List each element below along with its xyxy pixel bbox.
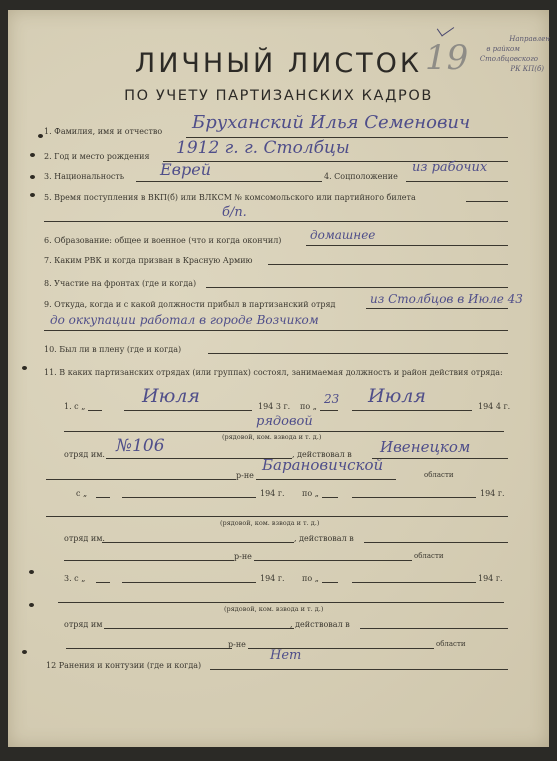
service-1-from-day-line bbox=[88, 410, 102, 411]
service-2-detachment-line bbox=[102, 542, 294, 543]
field-12-line bbox=[210, 669, 508, 670]
service-3-region-label: области bbox=[436, 640, 466, 648]
field-2-value[interactable]: 1912 г. г. Столбцы bbox=[176, 138, 350, 158]
service-3-acted-label: , действовал в bbox=[290, 620, 350, 629]
service-1-detachment-label: отряд им. bbox=[64, 450, 105, 459]
service-3-index: 3. с „ bbox=[64, 574, 85, 583]
punch-hole bbox=[30, 193, 35, 197]
service-2-district-line-b bbox=[254, 560, 412, 561]
punch-hole bbox=[22, 366, 27, 370]
service-1-to-day-line bbox=[320, 410, 338, 411]
service-3-from-year: 194 г. bbox=[260, 574, 285, 583]
service-1-index: 1. с „ bbox=[64, 402, 85, 411]
corner-note: Направлен в райком Столбцовского РК КП(б… bbox=[458, 34, 550, 74]
field-10-label: 10. Был ли в плену (где и когда) bbox=[44, 345, 181, 354]
corner-note-line: в райком bbox=[458, 44, 520, 54]
field-4-label: 4. Соцположение bbox=[324, 172, 398, 181]
service-1-district-line-b bbox=[256, 479, 396, 480]
service-1-from-year: 194 3 г. bbox=[258, 402, 290, 411]
service-2-acted-label: , действовал в bbox=[294, 534, 354, 543]
corner-note-line: РК КП(б) bbox=[458, 64, 544, 74]
service-3-district-line-a bbox=[66, 648, 232, 649]
punch-hole bbox=[38, 134, 43, 138]
service-2-to-label: по „ bbox=[302, 489, 319, 498]
service-2-from-day-line bbox=[96, 497, 110, 498]
service-3-to-label: по „ bbox=[302, 574, 319, 583]
service-3-position-line bbox=[58, 602, 504, 603]
service-1-to-day[interactable]: 23 bbox=[324, 392, 339, 406]
service-1-to-month-line bbox=[352, 410, 472, 411]
corner-note-line: Направлен bbox=[458, 34, 550, 44]
service-1-from-month-line bbox=[124, 410, 252, 411]
field-12-label: 12 Ранения и контузии (где и когда) bbox=[46, 661, 201, 670]
field-10-line bbox=[208, 353, 508, 354]
service-2-position-line bbox=[46, 516, 508, 517]
field-1-label: 1. Фамилия, имя и отчество bbox=[44, 127, 162, 136]
field-9-value-line2[interactable]: до оккупации работал в городе Возчиком bbox=[50, 313, 319, 327]
field-8-line bbox=[206, 287, 508, 288]
service-3-district-label: р-не bbox=[228, 640, 246, 649]
field-6-line bbox=[306, 245, 508, 246]
service-2-district-label: р-не bbox=[234, 552, 252, 561]
punch-hole bbox=[29, 603, 34, 607]
service-2-index: с „ bbox=[76, 489, 87, 498]
service-1-detachment[interactable]: №106 bbox=[116, 436, 165, 456]
service-1-position-caption: (рядовой, ком. взвода и т. д.) bbox=[222, 433, 321, 441]
field-8-label: 8. Участие на фронтах (где и когда) bbox=[44, 279, 196, 288]
service-1-position[interactable]: рядовой bbox=[256, 414, 313, 429]
field-5-value[interactable]: б/п. bbox=[222, 205, 247, 220]
service-1-to-year: 194 4 г. bbox=[478, 402, 510, 411]
field-9-value[interactable]: из Столбцов в Июле 43 bbox=[370, 292, 523, 306]
service-1-position-line bbox=[64, 431, 504, 432]
field-9-label: 9. Откуда, когда и с какой должности при… bbox=[44, 300, 335, 309]
punch-hole bbox=[29, 570, 34, 574]
service-2-from-month-line bbox=[122, 497, 256, 498]
service-2-district-line-a bbox=[64, 560, 234, 561]
field-2-label: 2. Год и место рождения bbox=[44, 152, 150, 161]
field-4-value[interactable]: из рабочих bbox=[412, 160, 487, 175]
page-subtitle: ПО УЧЕТУ ПАРТИЗАНСКИХ КАДРОВ bbox=[0, 88, 557, 104]
service-3-detachment-line bbox=[104, 628, 294, 629]
service-3-from-day-line bbox=[96, 582, 110, 583]
punch-hole bbox=[30, 175, 35, 179]
service-3-to-year: 194 г. bbox=[478, 574, 503, 583]
service-3-acted-line bbox=[360, 628, 508, 629]
service-2-to-day-line bbox=[322, 497, 338, 498]
field-5-line-b bbox=[44, 221, 508, 222]
service-2-from-year: 194 г. bbox=[260, 489, 285, 498]
field-4-line bbox=[406, 181, 508, 182]
service-1-acted[interactable]: Ивенецком bbox=[380, 438, 470, 456]
field-1-value[interactable]: Бруханский Илья Семенович bbox=[192, 112, 470, 133]
field-9-line-b bbox=[44, 330, 508, 331]
punch-hole bbox=[22, 650, 27, 654]
service-2-detachment-label: отряд им. bbox=[64, 534, 105, 543]
service-2-to-year: 194 г. bbox=[480, 489, 505, 498]
service-2-acted-line bbox=[364, 542, 508, 543]
service-3-position-caption: (рядовой, ком. взвода и т. д.) bbox=[224, 605, 323, 613]
corner-note-line: Столбцовского bbox=[458, 54, 538, 64]
field-3-label: 3. Национальность bbox=[44, 172, 124, 181]
field-6-label: 6. Образование: общее и военное (что и к… bbox=[44, 236, 281, 245]
field-5-label: 5. Время поступления в ВКП(б) или ВЛКСМ … bbox=[44, 193, 416, 202]
service-1-to-month[interactable]: Июля bbox=[368, 385, 426, 407]
punch-hole bbox=[30, 153, 35, 157]
service-3-to-day-line bbox=[322, 582, 338, 583]
field-11-label: 11. В каких партизанских отрядах (или гр… bbox=[44, 366, 514, 380]
service-2-position-caption: (рядовой, ком. взвода и т. д.) bbox=[220, 519, 319, 527]
field-5-line-a bbox=[466, 201, 508, 202]
service-2-to-month-line bbox=[352, 497, 476, 498]
service-1-district-label: р-не bbox=[236, 471, 254, 480]
service-2-region-label: области bbox=[414, 552, 444, 560]
field-3-value[interactable]: Еврей bbox=[160, 160, 211, 179]
service-3-from-month-line bbox=[122, 582, 256, 583]
field-7-line bbox=[268, 264, 508, 265]
service-1-district[interactable]: Барановичской bbox=[262, 456, 383, 474]
field-3-line bbox=[136, 181, 322, 182]
service-3-detachment-label: отряд им bbox=[64, 620, 102, 629]
field-7-label: 7. Каким РВК и когда призван в Красную А… bbox=[44, 256, 253, 265]
service-1-acted-line bbox=[372, 458, 508, 459]
service-1-from-month[interactable]: Июля bbox=[142, 385, 200, 407]
service-1-to-label: по „ bbox=[300, 402, 317, 411]
service-1-region-label: области bbox=[424, 471, 454, 479]
field-12-value[interactable]: Нет bbox=[270, 648, 301, 663]
field-9-line-a bbox=[366, 308, 508, 309]
field-6-value[interactable]: домашнее bbox=[310, 228, 375, 242]
service-1-district-line-a bbox=[46, 479, 236, 480]
service-3-to-month-line bbox=[352, 582, 476, 583]
